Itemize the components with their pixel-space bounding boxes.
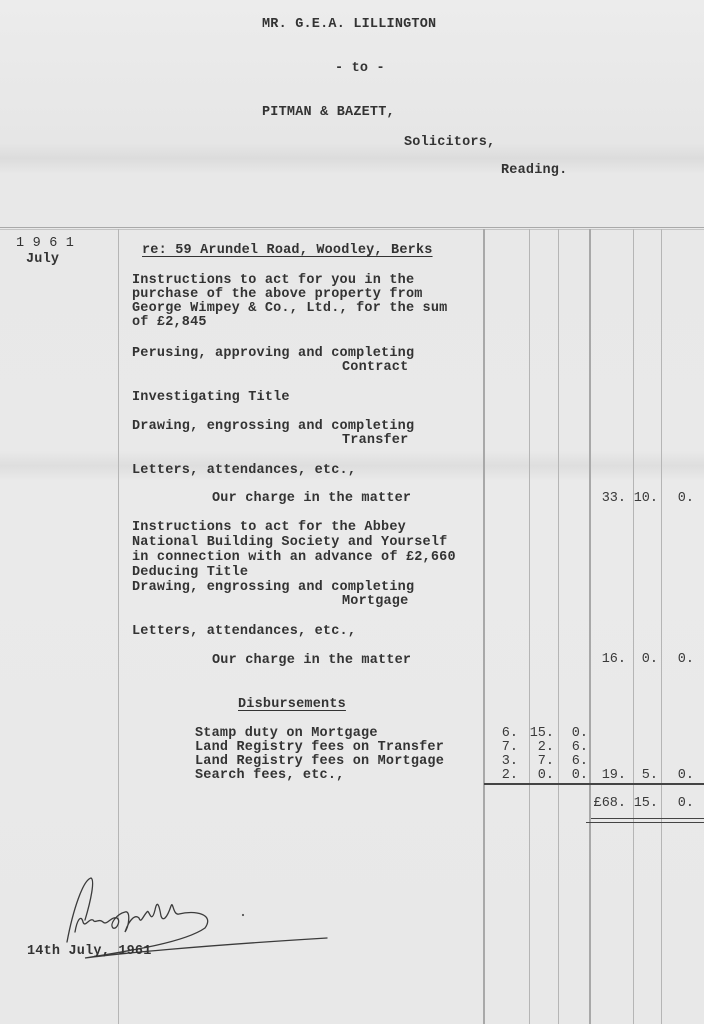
disb-pounds: 2. (486, 769, 518, 784)
item-perusing-cont: Contract (342, 361, 408, 376)
disbursements-subtotal-pence: 0. (664, 769, 694, 784)
total-pounds: £68. (584, 797, 626, 812)
money-column-rule-3 (558, 229, 559, 1024)
money-column-rule-6 (661, 229, 662, 1024)
disb-shillings: 0. (522, 769, 554, 784)
header-rule-2 (0, 229, 704, 230)
mortgage-instructions-4: Deducing Title (132, 566, 248, 581)
mortgage-charge-pounds: 16. (590, 653, 626, 668)
mortgage-instructions-tail: Mortgage (342, 595, 408, 610)
money-column-rule-1 (483, 229, 485, 1024)
to-separator: - to - (335, 62, 385, 77)
disb-pence: 0. (556, 769, 588, 784)
firm-role: Solicitors, (404, 136, 495, 151)
month: July (26, 253, 59, 268)
item-letters: Letters, attendances, etc., (132, 464, 356, 479)
total-pence: 0. (664, 797, 694, 812)
matter-heading: re: 59 Arundel Road, Woodley, Berks (142, 244, 433, 259)
total-shillings: 15. (628, 797, 658, 812)
mortgage-instructions-3: in connection with an advance of £2,660 (132, 551, 456, 566)
disbursements-title: Disbursements (238, 698, 346, 713)
firm-name: PITMAN & BAZETT, (262, 106, 395, 121)
mortgage-letters: Letters, attendances, etc., (132, 625, 356, 640)
mortgage-instructions-1: Instructions to act for the Abbey (132, 521, 406, 536)
firm-location: Reading. (501, 164, 567, 179)
footer-date: 14th July, 1961 (27, 945, 152, 960)
mortgage-charge-label: Our charge in the matter (212, 654, 411, 669)
header-rule (0, 227, 704, 228)
year: 1 9 6 1 (16, 237, 74, 252)
client-name: MR. G.E.A. LILLINGTON (262, 18, 436, 33)
mortgage-instructions-2: National Building Society and Yourself (132, 536, 447, 551)
disbursements-subtotal-shillings: 5. (628, 769, 658, 784)
subtotal-rule (484, 783, 704, 785)
item-drawing-cont: Transfer (342, 434, 408, 449)
invoice-page: MR. G.E.A. LILLINGTON - to - PITMAN & BA… (0, 0, 704, 1024)
money-column-rule-2 (529, 229, 530, 1024)
money-column-rule-4 (589, 229, 591, 1024)
total-rule-2 (586, 822, 704, 823)
mortgage-charge-shillings: 0. (628, 653, 658, 668)
item-investigating: Investigating Title (132, 391, 290, 406)
total-rule-1 (591, 818, 704, 819)
purchase-instructions-4: of £2,845 (132, 316, 207, 331)
purchase-charge-pounds: 33. (590, 492, 626, 507)
mortgage-charge-pence: 0. (664, 653, 694, 668)
purchase-charge-pence: 0. (664, 492, 694, 507)
purchase-charge-shillings: 10. (628, 492, 658, 507)
purchase-charge-label: Our charge in the matter (212, 492, 411, 507)
disbursements-subtotal-pounds: 19. (590, 769, 626, 784)
disbursement-label: Search fees, etc., (195, 769, 344, 784)
money-column-rule-5 (633, 229, 634, 1024)
